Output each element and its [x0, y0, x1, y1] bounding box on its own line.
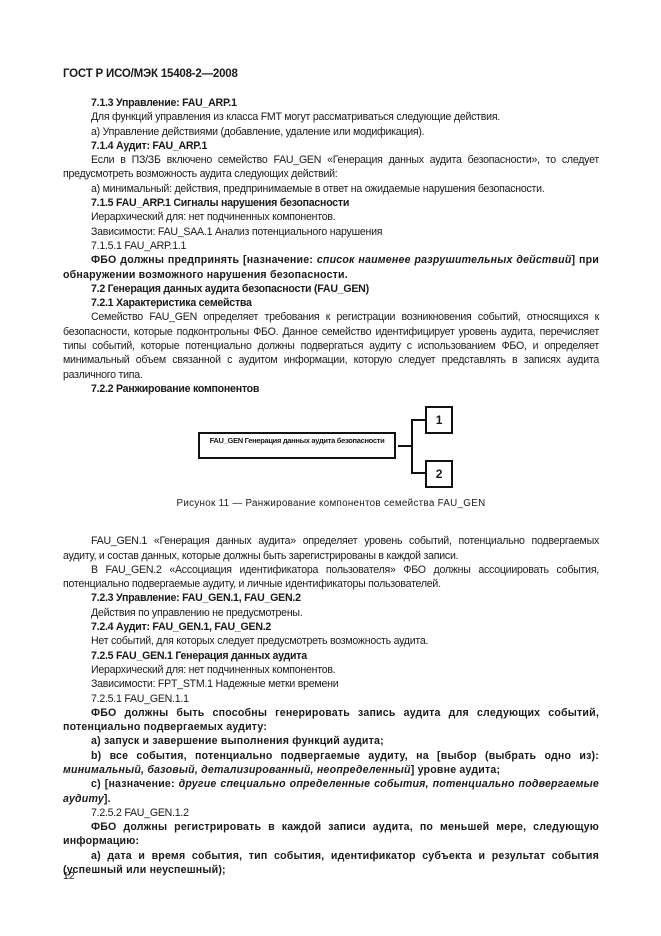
paragraph: а) минимальный: действия, предпринимаемы…: [63, 182, 599, 196]
figure-caption: Рисунок 11 — Ранжирование компонентов се…: [63, 497, 599, 511]
paragraph: FAU_GEN.1 «Генерация данных аудита» опре…: [63, 534, 599, 563]
document-body: 7.1.3 Управление: FAU_ARP.1 Для функций …: [63, 96, 599, 877]
text-fragment: b) все события, потенциально подвергаемы…: [91, 750, 599, 762]
page-number: 12: [63, 870, 75, 882]
requirement-text: ФБО должны регистрировать в каждой запис…: [63, 820, 599, 849]
section-heading: 7.1.3 Управление: FAU_ARP.1: [63, 96, 599, 110]
paragraph: а) Управление действиями (добавление, уд…: [63, 125, 599, 139]
text-fragment: с) [назначение:: [91, 778, 179, 790]
requirement-item: а) запуск и завершение выполнения функци…: [63, 734, 599, 748]
section-heading: 7.1.5 FAU_ARP.1 Сигналы нарушения безопа…: [63, 196, 599, 210]
paragraph: Иерархический для: нет подчиненных компо…: [63, 210, 599, 224]
section-heading: 7.2.1 Характеристика семейства: [63, 296, 599, 310]
paragraph: Иерархический для: нет подчиненных компо…: [63, 663, 599, 677]
connector-line: [411, 419, 413, 473]
requirement-item: с) [назначение: другие специально опреде…: [63, 777, 599, 806]
section-heading: 7.2.3 Управление: FAU_GEN.1, FAU_GEN.2: [63, 591, 599, 605]
component-box-2: 2: [425, 460, 453, 488]
requirement-id: 7.2.5.1 FAU_GEN.1.1: [63, 692, 599, 706]
connector-line: [398, 445, 412, 447]
text-fragment: ФБО должны предпринять [назначение:: [91, 254, 317, 266]
text-fragment: ] уровне аудита;: [411, 764, 500, 776]
connector-line: [411, 472, 425, 474]
paragraph: Действия по управлению не предусмотрены.: [63, 606, 599, 620]
component-levelling-figure: FAU_GEN Генерация данных аудита безопасн…: [63, 406, 599, 518]
requirement-text: ФБО должны быть способны генерировать за…: [63, 706, 599, 735]
requirement-id: 7.1.5.1 FAU_ARP.1.1: [63, 239, 599, 253]
paragraph: Зависимости: FPT_STM.1 Надежные метки вр…: [63, 677, 599, 691]
paragraph: Для функций управления из класса FMT мог…: [63, 110, 599, 124]
section-heading: 7.2 Генерация данных аудита безопасности…: [63, 282, 599, 296]
section-heading: 7.2.2 Ранжирование компонентов: [63, 382, 599, 396]
paragraph: Нет событий, для которых следует предусм…: [63, 634, 599, 648]
assignment-text: список наименее разрушительных действий: [317, 254, 572, 266]
paragraph: Семейство FAU_GEN определяет требования …: [63, 310, 599, 381]
selection-text: минимальный, базовый, детализированный, …: [63, 764, 411, 776]
component-box-1: 1: [425, 406, 453, 434]
connector-line: [411, 419, 425, 421]
section-heading: 7.2.5 FAU_GEN.1 Генерация данных аудита: [63, 649, 599, 663]
paragraph: Зависимости: FAU_SAA.1 Анализ потенциаль…: [63, 225, 599, 239]
requirement-id: 7.2.5.2 FAU_GEN.1.2: [63, 806, 599, 820]
paragraph: Если в ПЗ/ЗБ включено семейство FAU_GEN …: [63, 153, 599, 182]
section-heading: 7.2.4 Аудит: FAU_GEN.1, FAU_GEN.2: [63, 620, 599, 634]
family-box: FAU_GEN Генерация данных аудита безопасн…: [198, 432, 396, 459]
paragraph: В FAU_GEN.2 «Ассоциация идентификатора п…: [63, 563, 599, 592]
requirement-item: b) все события, потенциально подвергаемы…: [63, 749, 599, 778]
section-heading: 7.1.4 Аудит: FAU_ARP.1: [63, 139, 599, 153]
requirement-item: а) дата и время события, тип события, ид…: [63, 849, 599, 878]
text-fragment: ].: [104, 793, 111, 805]
document-header: ГОСТ Р ИСО/МЭК 15408-2—2008: [63, 68, 238, 80]
requirement-text: ФБО должны предпринять [назначение: спис…: [63, 253, 599, 282]
